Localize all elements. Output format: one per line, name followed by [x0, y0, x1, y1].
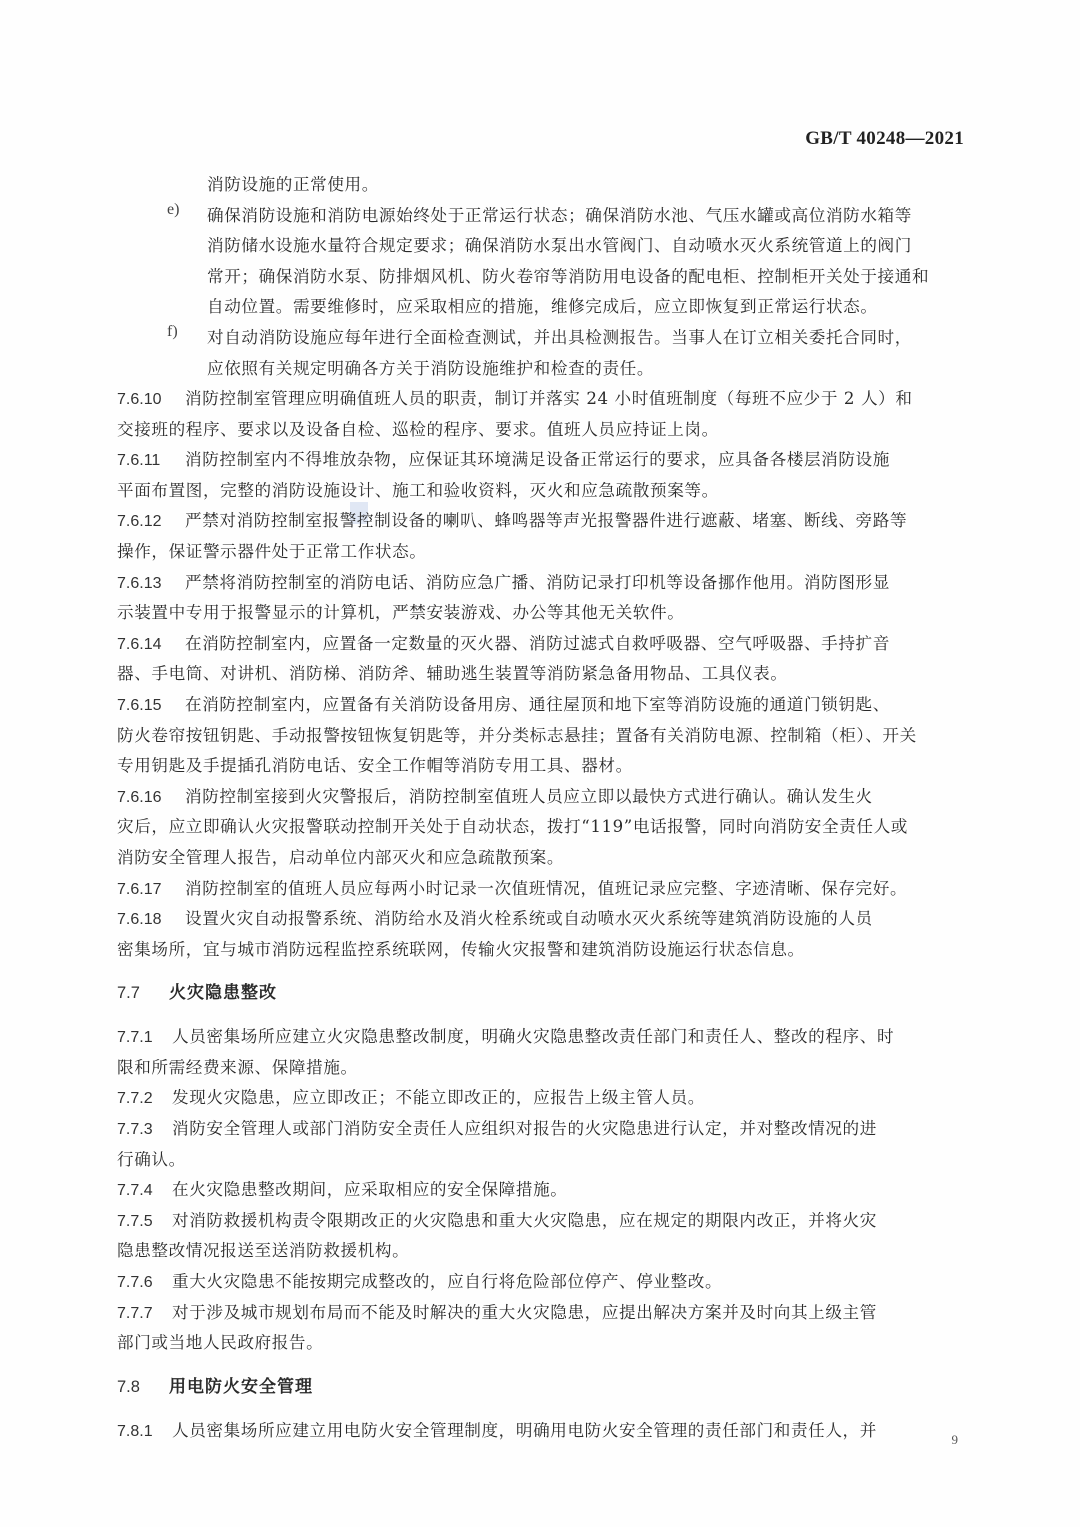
- clause-text: 交接班的程序、要求以及设备自检、巡检的程序、要求。值班人员应持证上岗。: [117, 415, 967, 446]
- clause-7-7-4: 7.7.4在火灾隐患整改期间，应采取相应的安全保障措施。: [117, 1175, 967, 1206]
- clause-text: 操作，保证警示器件处于正常工作状态。: [117, 537, 967, 568]
- clause-number: 7.6.13: [117, 569, 185, 600]
- clause-text: 消防控制室的值班人员应每两小时记录一次值班情况，值班记录应完整、字迹清晰、保存完…: [185, 879, 907, 898]
- clause-text: 消防控制室接到火灾警报后，消防控制室值班人员应立即以最快方式进行确认。确认发生火: [185, 787, 873, 806]
- clause-7-7-3: 7.7.3消防安全管理人或部门消防安全责任人应组织对报告的火灾隐患进行认定，并对…: [117, 1114, 967, 1175]
- item-line: 消防储水设施水量符合规定要求；确保消防水泵出水管阀门、自动喷水灭火系统管道上的阀…: [207, 231, 967, 262]
- clause-7-6-10: 7.6.10消防控制室管理应明确值班人员的职责，制订并落实 24 小时值班制度（…: [117, 384, 967, 445]
- clause-7-6-15: 7.6.15在消防控制室内，应置备有关消防设备用房、通往屋顶和地下室等消防设施的…: [117, 690, 967, 782]
- list-marker: f): [167, 323, 178, 341]
- clause-text: 人员密集场所应建立用电防火安全管理制度，明确用电防火安全管理的责任部门和责任人，…: [172, 1421, 877, 1440]
- clause-number: 7.7.2: [117, 1084, 172, 1115]
- clause-text: 隐患整改情况报送至送消防救援机构。: [117, 1236, 967, 1267]
- clause-text: 消防控制室内不得堆放杂物，应保证其环境满足设备正常运行的要求，应具备各楼层消防设…: [185, 450, 890, 469]
- clause-text: 行确认。: [117, 1145, 967, 1176]
- clause-text: 在消防控制室内，应置备一定数量的灭火器、消防过滤式自救呼吸器、空气呼吸器、手持扩…: [185, 634, 890, 653]
- clause-text: 在火灾隐患整改期间，应采取相应的安全保障措施。: [172, 1180, 567, 1199]
- clause-7-6-13: 7.6.13严禁将消防控制室的消防电话、消防应急广播、消防记录打印机等设备挪作他…: [117, 568, 967, 629]
- clause-number: 7.6.12: [117, 507, 185, 538]
- clause-text: 对消防救援机构责令限期改正的火灾隐患和重大火灾隐患，应在规定的期限内改正，并将火…: [172, 1211, 877, 1230]
- section-heading-7-8: 7.8用电防火安全管理: [117, 1372, 967, 1402]
- document-page: GB/T 40248—2021 消防设施的正常使用。 e) 确保消防设施和消防电…: [0, 0, 1080, 1527]
- clause-text: 灾后，应立即确认火灾报警联动控制开关处于自动状态，拨打“119”电话报警，同时向…: [117, 812, 967, 843]
- clause-7-6-11: 7.6.11消防控制室内不得堆放杂物，应保证其环境满足设备正常运行的要求，应具备…: [117, 445, 967, 506]
- clause-number: 7.8.1: [117, 1417, 172, 1448]
- clause-number: 7.6.10: [117, 385, 185, 416]
- item-line: 常开；确保消防水泵、防排烟风机、防火卷帘等消防用电设备的配电柜、控制柜开关处于接…: [207, 262, 967, 293]
- clause-7-6-18: 7.6.18设置火灾自动报警系统、消防给水及消火栓系统或自动喷水灭火系统等建筑消…: [117, 904, 967, 965]
- clause-number: 7.6.18: [117, 905, 185, 936]
- clause-text: 消防控制室管理应明确值班人员的职责，制订并落实 24 小时值班制度（每班不应少于…: [185, 389, 913, 408]
- clause-number: 7.7.5: [117, 1207, 172, 1238]
- clause-text: 在消防控制室内，应置备有关消防设备用房、通往屋顶和地下室等消防设施的通道门锁钥匙…: [185, 695, 890, 714]
- clause-7-6-16: 7.6.16消防控制室接到火灾警报后，消防控制室值班人员应立即以最快方式进行确认…: [117, 782, 967, 874]
- clause-number: 7.6.16: [117, 783, 185, 814]
- clause-text: 限和所需经费来源、保障措施。: [117, 1053, 967, 1084]
- clause-7-7-6: 7.7.6重大火灾隐患不能按期完成整改的，应自行将危险部位停产、停业整改。: [117, 1267, 967, 1298]
- list-marker: e): [167, 201, 179, 219]
- item-line: 应依照有关规定明确各方关于消防设施维护和检查的责任。: [207, 354, 967, 385]
- clause-text: 严禁对消防控制室报警控制设备的喇叭、蜂鸣器等声光报警器件进行遮蔽、堵塞、断线、旁…: [185, 511, 907, 530]
- clause-7-8-1: 7.8.1人员密集场所应建立用电防火安全管理制度，明确用电防火安全管理的责任部门…: [117, 1416, 967, 1447]
- section-number: 7.7: [117, 978, 169, 1008]
- clause-7-7-5: 7.7.5对消防救援机构责令限期改正的火灾隐患和重大火灾隐患，应在规定的期限内改…: [117, 1206, 967, 1267]
- page-content: 消防设施的正常使用。 e) 确保消防设施和消防电源始终处于正常运行状态；确保消防…: [131, 170, 967, 384]
- section-heading-7-7: 7.7火灾隐患整改: [117, 978, 967, 1008]
- item-line: 确保消防设施和消防电源始终处于正常运行状态；确保消防水池、气压水罐或高位消防水箱…: [207, 201, 967, 232]
- clause-text: 人员密集场所应建立火灾隐患整改制度，明确火灾隐患整改责任部门和责任人、整改的程序…: [172, 1027, 894, 1046]
- clause-text: 防火卷帘按钮钥匙、手动报警按钮恢复钥匙等，并分类标志悬挂；置备有关消防电源、控制…: [117, 721, 967, 752]
- clause-text: 严禁将消防控制室的消防电话、消防应急广播、消防记录打印机等设备挪作他用。消防图形…: [185, 573, 890, 592]
- clause-text: 发现火灾隐患，应立即改正；不能立即改正的，应报告上级主管人员。: [172, 1088, 705, 1107]
- clause-number: 7.7.7: [117, 1299, 172, 1330]
- list-item-f: f) 对自动消防设施应每年进行全面检查测试，并出具检测报告。当事人在订立相关委托…: [131, 323, 967, 384]
- clause-number: 7.7.4: [117, 1176, 172, 1207]
- clause-text: 消防安全管理人或部门消防安全责任人应组织对报告的火灾隐患进行认定，并对整改情况的…: [172, 1119, 877, 1138]
- clause-text: 对于涉及城市规划布局而不能及时解决的重大火灾隐患，应提出解决方案并及时向其上级主…: [172, 1303, 877, 1322]
- clause-7-7-2: 7.7.2发现火灾隐患，应立即改正；不能立即改正的，应报告上级主管人员。: [117, 1083, 967, 1114]
- clause-text: 平面布置图，完整的消防设施设计、施工和验收资料，灭火和应急疏散预案等。: [117, 476, 967, 507]
- section-title: 用电防火安全管理: [169, 1377, 313, 1397]
- clause-number: 7.6.11: [117, 446, 185, 477]
- item-line: 对自动消防设施应每年进行全面检查测试，并出具检测报告。当事人在订立相关委托合同时…: [207, 323, 967, 354]
- clause-number: 7.6.14: [117, 630, 185, 661]
- clause-text: 专用钥匙及手提插孔消防电话、安全工作帽等消防专用工具、器材。: [117, 751, 967, 782]
- clause-number: 7.6.17: [117, 875, 185, 906]
- clause-text: 消防安全管理人报告，启动单位内部灭火和应急疏散预案。: [117, 843, 967, 874]
- continuation-text: 消防设施的正常使用。: [131, 170, 967, 201]
- clause-7-7-7: 7.7.7对于涉及城市规划布局而不能及时解决的重大火灾隐患，应提出解决方案并及时…: [117, 1298, 967, 1359]
- clause-7-6-12: 7.6.12严禁对消防控制室报警控制设备的喇叭、蜂鸣器等声光报警器件进行遮蔽、堵…: [117, 506, 967, 567]
- clause-text: 密集场所，宜与城市消防远程监控系统联网，传输火灾报警和建筑消防设施运行状态信息。: [117, 935, 967, 966]
- clause-text: 器、手电筒、对讲机、消防梯、消防斧、辅助逃生装置等消防紧急备用物品、工具仪表。: [117, 659, 967, 690]
- list-item-e: e) 确保消防设施和消防电源始终处于正常运行状态；确保消防水池、气压水罐或高位消…: [131, 201, 967, 323]
- clause-text: 重大火灾隐患不能按期完成整改的，应自行将危险部位停产、停业整改。: [172, 1272, 722, 1291]
- standard-code: GB/T 40248—2021: [805, 128, 964, 150]
- clause-text: 设置火灾自动报警系统、消防给水及消火栓系统或自动喷水灭火系统等建筑消防设施的人员: [185, 909, 873, 928]
- clause-text: 示装置中专用于报警显示的计算机，严禁安装游戏、办公等其他无关软件。: [117, 598, 967, 629]
- clause-7-6-14: 7.6.14在消防控制室内，应置备一定数量的灭火器、消防过滤式自救呼吸器、空气呼…: [117, 629, 967, 690]
- clause-number: 7.7.1: [117, 1023, 172, 1054]
- section-title: 火灾隐患整改: [169, 983, 277, 1003]
- clause-7-6-17: 7.6.17消防控制室的值班人员应每两小时记录一次值班情况，值班记录应完整、字迹…: [117, 874, 967, 905]
- clause-number: 7.7.6: [117, 1268, 172, 1299]
- clause-7-7-1: 7.7.1人员密集场所应建立火灾隐患整改制度，明确火灾隐患整改责任部门和责任人、…: [117, 1022, 967, 1083]
- clause-number: 7.7.3: [117, 1115, 172, 1146]
- item-line: 自动位置。需要维修时，应采取相应的措施，维修完成后，应立即恢复到正常运行状态。: [207, 292, 967, 323]
- clauses-7-6: 7.6.10消防控制室管理应明确值班人员的职责，制订并落实 24 小时值班制度（…: [117, 384, 967, 1446]
- clause-text: 部门或当地人民政府报告。: [117, 1328, 967, 1359]
- page-number: 9: [952, 1432, 959, 1448]
- section-number: 7.8: [117, 1372, 169, 1402]
- clause-number: 7.6.15: [117, 691, 185, 722]
